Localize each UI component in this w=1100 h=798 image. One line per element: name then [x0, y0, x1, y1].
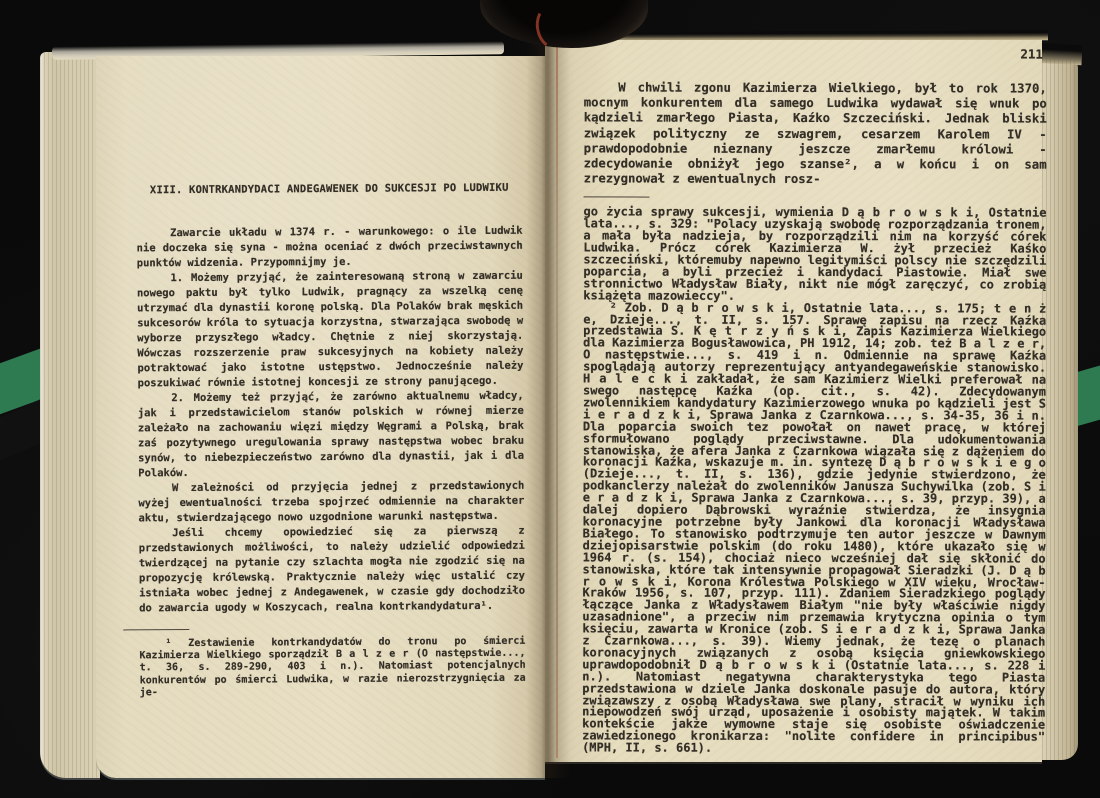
footnote-continuation: go życia sprawy sukcesji, wymienia D ą b… — [583, 207, 1046, 303]
footnote: ² Zob. D ą b r o w s k i, Ostatnie lata.… — [582, 302, 1046, 756]
body-paragraph: 1. Możemy przyjąć, że zainteresowaną str… — [137, 269, 524, 392]
body-paragraph: 2. Możemy też przyjąć, że zarówno aktual… — [138, 389, 525, 482]
footnote-block: ¹ Zestawienie kontrkandydatów do tronu p… — [139, 627, 525, 700]
body-paragraph: W chwili zgonu Kazimierza Wielkiego, był… — [584, 80, 1047, 188]
page-number: 211 — [584, 45, 1043, 61]
footnote-separator — [123, 629, 189, 630]
body-paragraph: W zależności od przyjęcia jednej z przed… — [138, 479, 524, 527]
chapter-heading: XIII. KONTRKANDYDACI ANDEGAWENEK DO SUKC… — [136, 182, 522, 197]
footnote: ¹ Zestawienie kontrkandydatów do tronu p… — [139, 636, 525, 700]
right-page-text-column: 211 W chwili zgonu Kazimierza Wielkiego,… — [582, 45, 1047, 755]
stacked-page-edges-left — [40, 52, 100, 778]
left-page-text-column: XIII. KONTRKANDYDACI ANDEGAWENEK DO SUKC… — [136, 182, 526, 700]
footnote-separator — [584, 197, 650, 198]
stacked-page-edges-right — [1042, 58, 1078, 760]
gutter-line — [556, 44, 558, 758]
body-paragraph: Zawarcie układu w 1374 r. - warunkowego:… — [137, 224, 523, 272]
body-paragraph: Jeśli chcemy opowiedzieć się za pierwszą… — [139, 524, 526, 617]
